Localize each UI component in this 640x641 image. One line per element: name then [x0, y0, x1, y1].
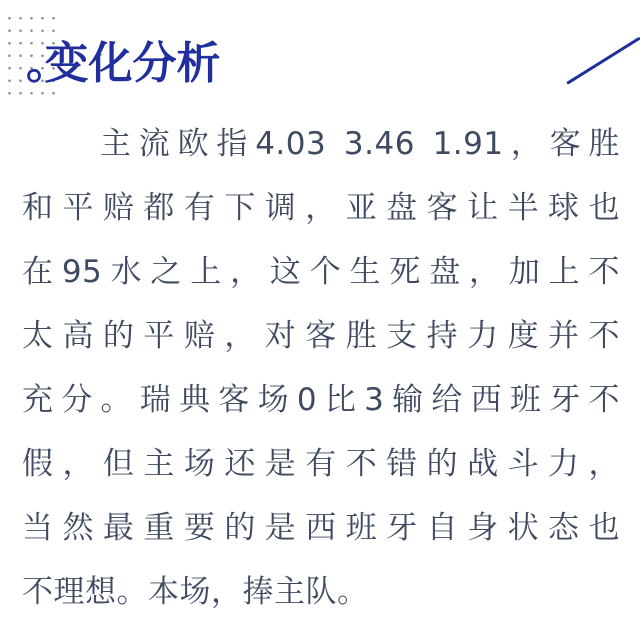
article-line: 主流欧指4.03 3.46 1.91，客胜 [22, 112, 620, 176]
article-line: 和平赔都有下调，亚盘客让半球也 [22, 176, 620, 240]
article-line: 当然最重要的是西班牙自身状态也 [22, 496, 620, 560]
article-line: 太高的平赔，对客胜支持力度并不 [22, 304, 620, 368]
section-header: 。变化分析 [26, 37, 220, 91]
article-body: 主流欧指4.03 3.46 1.91，客胜 和平赔都有下调，亚盘客让半球也 在9… [22, 112, 620, 624]
article-line: 假，但主场还是有不错的战斗力， [22, 432, 620, 496]
article-line: 不理想。本场，捧主队。 [22, 560, 620, 624]
diagonal-line-decoration [566, 37, 640, 85]
article-page: 。变化分析 主流欧指4.03 3.46 1.91，客胜 和平赔都有下调，亚盘客让… [0, 0, 640, 641]
article-line: 在95水之上，这个生死盘，加上不 [22, 240, 620, 304]
article-line: 充分。瑞典客场0比3输给西班牙不 [22, 368, 620, 432]
page-title: 变化分析 [44, 38, 220, 89]
